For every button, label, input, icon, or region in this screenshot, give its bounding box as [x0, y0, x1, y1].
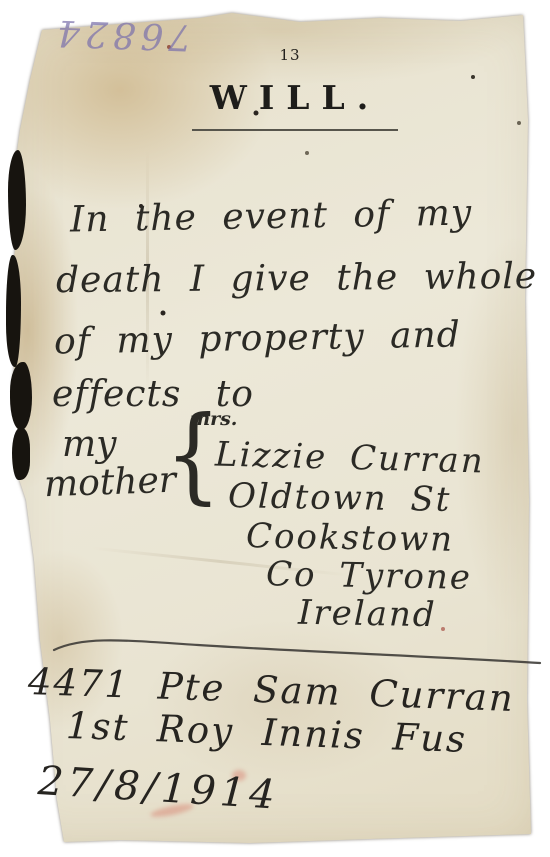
binding-residue-mark [10, 362, 32, 430]
beneficiary-address-line: Co Tyrone [266, 554, 473, 598]
archive-number-pencil: 76824 [51, 12, 192, 58]
beneficiary-address-line: Oldtown St [228, 476, 452, 520]
binding-residue-mark [6, 255, 21, 367]
will-body-line: of my property and [54, 314, 461, 362]
heading-rule [192, 129, 398, 131]
scanned-will-document: 76824 13 WILL. In the event of my death … [0, 0, 550, 857]
beneficiary-word-mother: mother [43, 460, 176, 506]
will-body-line: death I give the whole [56, 256, 537, 301]
beneficiary-word-my: my [62, 424, 116, 465]
binding-residue-mark [12, 428, 30, 480]
beneficiary-address-line: Cookstown [246, 516, 455, 560]
paper-specks [0, 0, 2, 2]
will-heading: WILL. [145, 78, 445, 117]
page-number: 13 [240, 46, 340, 64]
grouping-brace: { [165, 400, 221, 509]
will-body-line: In the event of my [70, 192, 473, 240]
beneficiary-name-line: Lizzie Curran [215, 434, 486, 481]
